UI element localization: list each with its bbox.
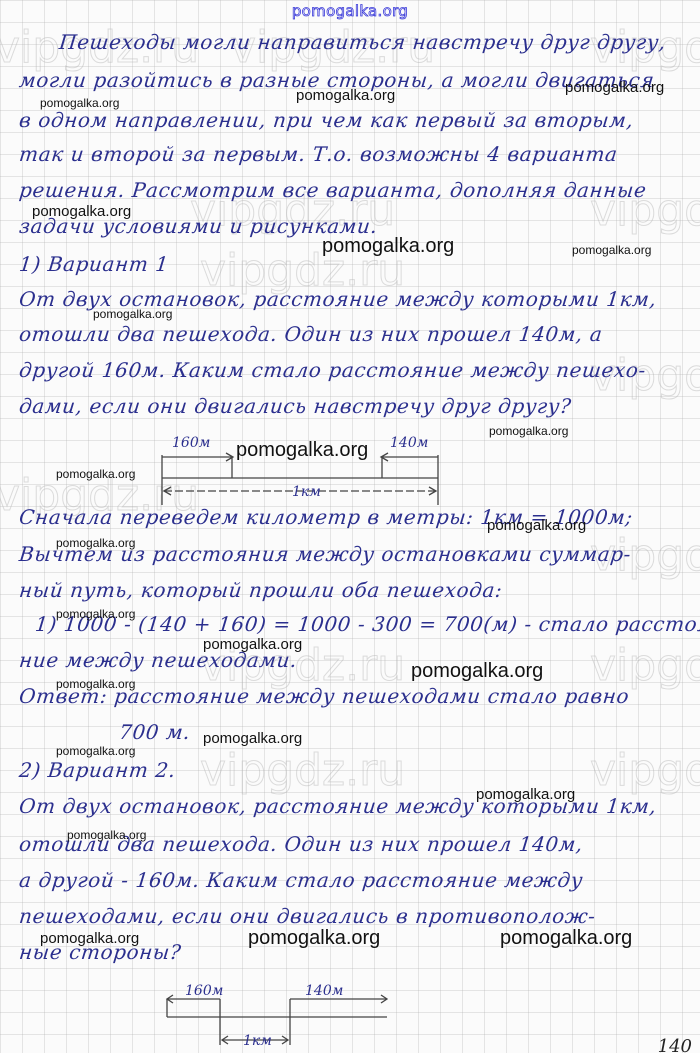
diagram-2-left-label: 160м: [185, 983, 223, 999]
text-line: так и второй за первым. Т.о. возможны 4 …: [18, 142, 619, 166]
watermark-label: pomogalka.org: [296, 87, 395, 104]
background-watermark: vipgdz.ru: [590, 745, 700, 796]
section-heading: 1) Вариант 1: [18, 252, 170, 276]
watermark-label: pomogalka.org: [93, 307, 172, 321]
text-line: отошли два пешехода. Один из них прошел …: [18, 322, 604, 346]
watermark-label: pomogalka.org: [572, 243, 651, 257]
diagram-variant-1: 160м 140м 1км: [160, 425, 450, 504]
answer-value: 700 м.: [118, 720, 192, 744]
diagram-2-right-label: 140м: [305, 983, 343, 999]
diagram-2-svg: 160м 140м 1км: [165, 985, 405, 1053]
watermark-label: pomogalka.org: [56, 467, 135, 481]
text-line: Пешеходы могли направиться навстречу дру…: [58, 30, 667, 54]
text-line: дами, если они двигались навстречу друг …: [18, 394, 573, 418]
diagram-1-right-label: 140м: [390, 435, 428, 451]
notebook-page: pomogalka.org vipgdz.ru vipgdz.ru vipgdz…: [0, 0, 700, 1053]
text-line: а другой - 160м. Каким стало расстояние …: [18, 868, 584, 892]
watermark-label: pomogalka.org: [322, 235, 454, 258]
watermark-label: pomogalka.org: [56, 744, 135, 758]
diagram-1-left-label: 160м: [172, 435, 210, 451]
diagram-variant-2: 160м 140м 1км: [165, 985, 405, 1053]
watermark-label: pomogalka.org: [248, 927, 380, 950]
text-line: ный путь, который прошли оба пешехода:: [18, 578, 504, 602]
watermark-label: pomogalka.org: [487, 517, 586, 534]
watermark-label: pomogalka.org: [565, 79, 664, 96]
watermark-label: pomogalka.org: [40, 96, 119, 110]
text-line: пешеходами, если они двигались в противо…: [18, 904, 597, 928]
background-watermark: vipgdz.ru: [200, 745, 405, 796]
watermark-label: pomogalka.org: [67, 828, 146, 842]
site-header[interactable]: pomogalka.org: [0, 2, 700, 20]
watermark-label: pomogalka.org: [476, 786, 575, 803]
text-line: решения. Рассмотрим все варианта, дополн…: [18, 178, 648, 202]
section-heading: 2) Вариант 2.: [18, 758, 177, 782]
text-line: в одном направлении, при чем как первый …: [18, 108, 635, 132]
watermark-label: pomogalka.org: [56, 677, 135, 691]
diagram-1-svg: 160м 140м 1км: [160, 425, 450, 500]
watermark-label: pomogalka.org: [411, 660, 543, 683]
watermark-label: pomogalka.org: [500, 927, 632, 950]
watermark-label: pomogalka.org: [236, 439, 368, 462]
watermark-label: pomogalka.org: [489, 424, 568, 438]
watermark-label: pomogalka.org: [40, 930, 139, 947]
text-line: другой 160м. Каким стало расстояние межд…: [18, 358, 647, 382]
page-number: 140: [658, 1036, 692, 1053]
watermark-label: pomogalka.org: [56, 536, 135, 550]
watermark-label: pomogalka.org: [203, 636, 302, 653]
watermark-label: pomogalka.org: [56, 607, 135, 621]
watermark-label: pomogalka.org: [203, 730, 302, 747]
diagram-1-total-label: 1км: [292, 484, 321, 500]
watermark-label: pomogalka.org: [32, 203, 131, 220]
diagram-2-total-label: 1км: [243, 1033, 272, 1049]
